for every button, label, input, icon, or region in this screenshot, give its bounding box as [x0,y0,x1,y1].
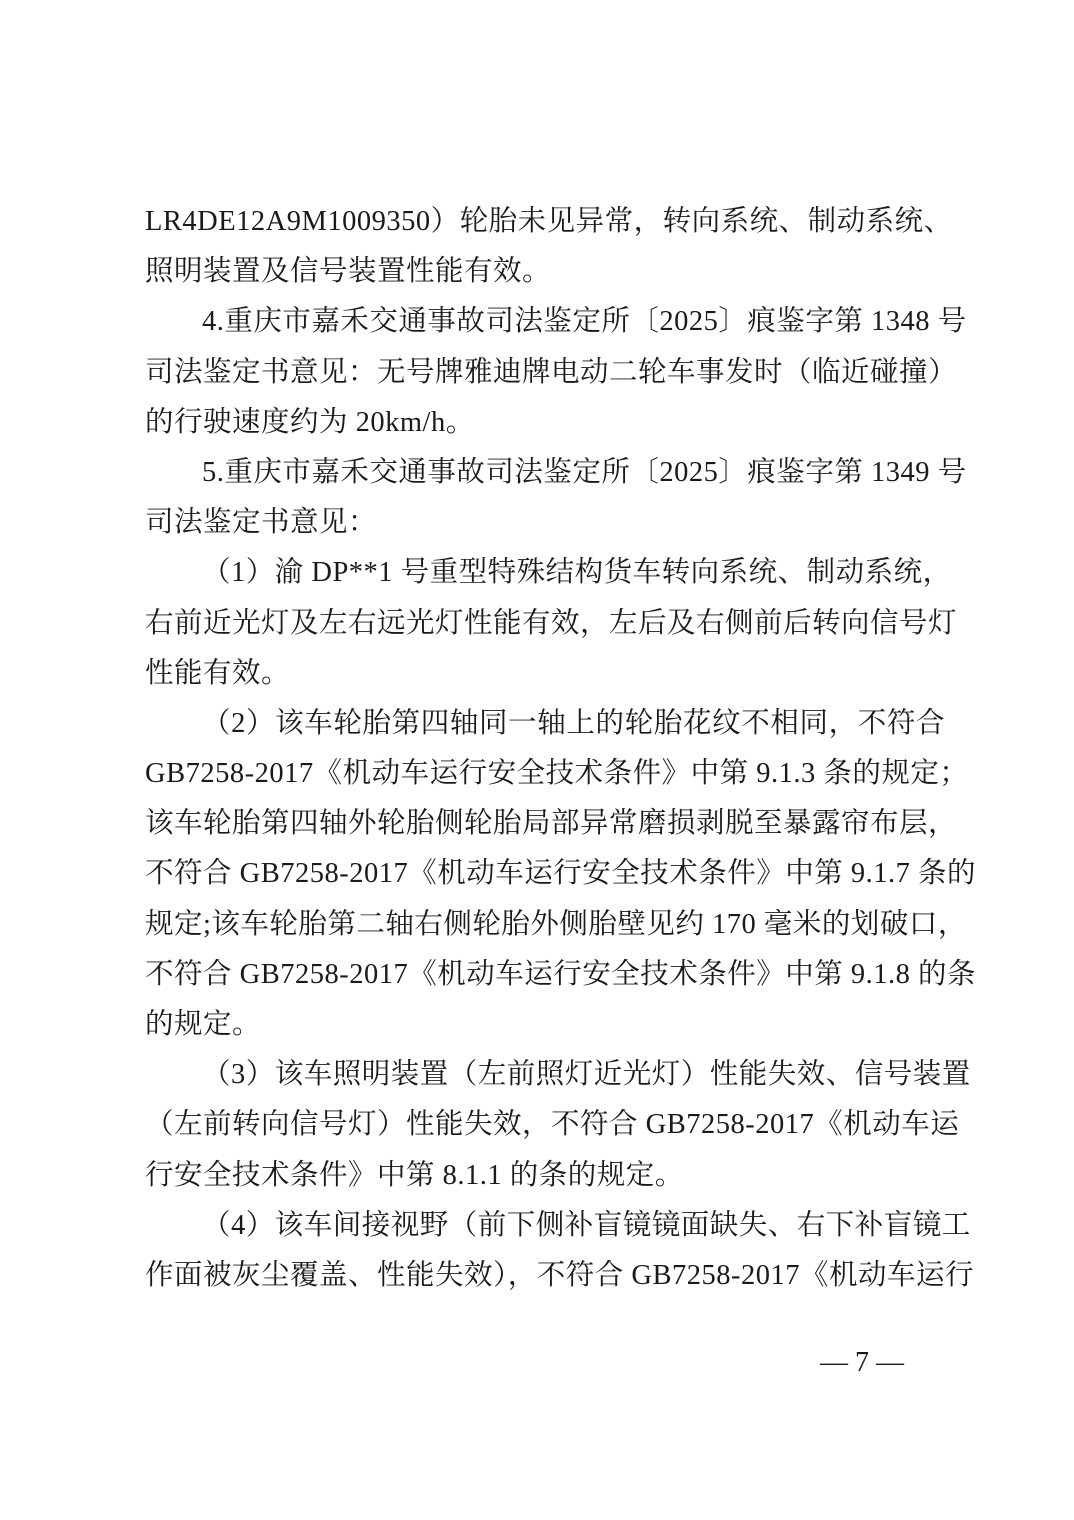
text-line: 右前近光灯及左右远光灯性能有效，左后及右侧前后转向信号灯 [145,599,945,649]
text-line: 4.重庆市嘉禾交通事故司法鉴定所〔2025〕痕鉴字第 1348 号 [145,297,945,347]
document-body: LR4DE12A9M1009350）轮胎未见异常，转向系统、制动系统、 照明装置… [145,197,945,1301]
text-line: 不符合 GB7258-2017《机动车运行安全技术条件》中第 9.1.8 的条 [145,950,945,1000]
text-line: （2）该车轮胎第四轴同一轴上的轮胎花纹不相同，不符合 [145,699,945,749]
text-line: GB7258-2017《机动车运行安全技术条件》中第 9.1.3 条的规定； [145,749,945,799]
text-line: 作面被灰尘覆盖、性能失效），不符合 GB7258-2017《机动车运行 [145,1251,945,1301]
text-line: （3）该车照明装置（左前照灯近光灯）性能失效、信号装置 [145,1050,945,1100]
text-line: LR4DE12A9M1009350）轮胎未见异常，转向系统、制动系统、 [145,197,945,247]
text-line: 的规定。 [145,1000,945,1050]
text-line: 司法鉴定书意见： [145,498,945,548]
text-line: 司法鉴定书意见：无号牌雅迪牌电动二轮车事发时（临近碰撞） [145,348,945,398]
text-line: 规定;该车轮胎第二轴右侧轮胎外侧胎壁见约 170 毫米的划破口， [145,900,945,950]
text-line: （左前转向信号灯）性能失效，不符合 GB7258-2017《机动车运 [145,1100,945,1150]
page-number: — 7 — [812,1343,912,1383]
text-line: 的行驶速度约为 20km/h。 [145,398,945,448]
text-line: 照明装置及信号装置性能有效。 [145,247,945,297]
text-line: 不符合 GB7258-2017《机动车运行安全技术条件》中第 9.1.7 条的 [145,849,945,899]
text-line: 性能有效。 [145,649,945,699]
text-line: （1）渝 DP**1 号重型特殊结构货车转向系统、制动系统， [145,548,945,598]
text-line: 5.重庆市嘉禾交通事故司法鉴定所〔2025〕痕鉴字第 1349 号 [145,448,945,498]
text-line: 该车轮胎第四轴外轮胎侧轮胎局部异常磨损剥脱至暴露帘布层， [145,799,945,849]
text-line: 行安全技术条件》中第 8.1.1 的条的规定。 [145,1151,945,1201]
document-page: LR4DE12A9M1009350）轮胎未见异常，转向系统、制动系统、 照明装置… [0,0,1074,1520]
text-line: （4）该车间接视野（前下侧补盲镜镜面缺失、右下补盲镜工 [145,1201,945,1251]
